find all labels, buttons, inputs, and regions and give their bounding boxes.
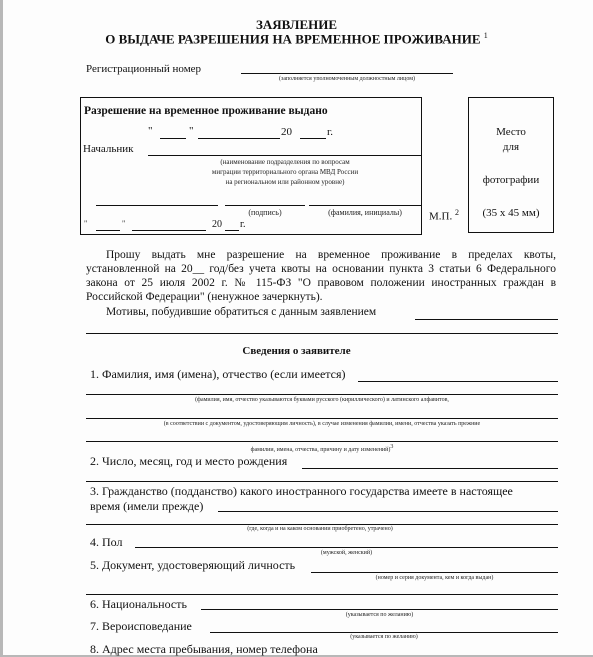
permit-year-prefix: 20 bbox=[281, 126, 292, 138]
footnote-marker: 3 bbox=[390, 444, 393, 450]
photo-size-label: (35 х 45 мм) bbox=[469, 207, 553, 219]
field-label-id-document: 5. Документ, удостоверяющий личность bbox=[90, 558, 295, 573]
full-name-field[interactable] bbox=[309, 205, 421, 206]
date2-year-suffix: г. bbox=[240, 219, 245, 230]
full-name-hint: (в соответствии с документом, удостоверя… bbox=[86, 421, 558, 427]
religion-input[interactable] bbox=[210, 632, 558, 633]
sex-hint: (мужской, женский) bbox=[135, 550, 558, 556]
photo-placeholder-box: Место для фотографии (35 х 45 мм) bbox=[468, 97, 554, 233]
permit-year-suffix: г. bbox=[327, 126, 333, 138]
full-name-hint-text: фамилии, имена, отчества, причину и дату… bbox=[251, 447, 391, 453]
page-left-edge bbox=[0, 0, 3, 657]
permit-day-field[interactable] bbox=[160, 138, 186, 139]
chief-hint-line: миграции территориального органа МВД Рос… bbox=[190, 167, 380, 177]
photo-label-line: фотографии bbox=[469, 174, 553, 186]
stamp-place: М.П. 2 bbox=[429, 208, 459, 223]
field-label-address: 8. Адрес места пребывания, номер телефон… bbox=[90, 642, 318, 657]
registration-hint: (заполняется уполномоченным должностным … bbox=[241, 76, 453, 82]
chief-hint-line: (наименование подразделения по вопросам bbox=[190, 157, 380, 167]
stamp-label: М.П. bbox=[429, 211, 452, 223]
photo-label-line: Место bbox=[469, 126, 553, 138]
full-name-input-line3[interactable] bbox=[86, 418, 558, 419]
signature-field[interactable] bbox=[225, 205, 305, 206]
citizenship-input-line2[interactable] bbox=[86, 524, 558, 525]
document-subtitle: О ВЫДАЧЕ РАЗРЕШЕНИЯ НА ВРЕМЕННОЕ ПРОЖИВА… bbox=[0, 31, 593, 47]
permit-heading: Разрешение на временное проживание выдан… bbox=[84, 105, 328, 117]
sex-input[interactable] bbox=[135, 547, 558, 548]
registration-number-field[interactable] bbox=[241, 73, 453, 74]
field-label-nationality: 6. Национальность bbox=[90, 597, 187, 612]
photo-label-line: для bbox=[469, 141, 553, 153]
request-paragraph: Прошу выдать мне разрешение на временное… bbox=[86, 248, 556, 304]
date2-year-prefix: 20 bbox=[212, 219, 222, 230]
chief-hint: (наименование подразделения по вопросам … bbox=[190, 157, 380, 187]
full-name-input[interactable] bbox=[358, 381, 558, 382]
date2-day-field[interactable] bbox=[96, 230, 120, 231]
permit-year-field[interactable] bbox=[300, 138, 326, 139]
religion-hint: (указывается по желанию) bbox=[210, 634, 558, 640]
registration-label: Регистрационный номер bbox=[86, 63, 201, 75]
document-subtitle-text: О ВЫДАЧЕ РАЗРЕШЕНИЯ НА ВРЕМЕННОЕ ПРОЖИВА… bbox=[105, 31, 480, 46]
date-close-quote: " bbox=[189, 125, 194, 137]
chief-label: Начальник bbox=[83, 143, 134, 155]
chief-department-field[interactable] bbox=[148, 155, 421, 156]
footnote-marker: 1 bbox=[484, 31, 488, 40]
full-name-input-line2[interactable] bbox=[86, 394, 558, 395]
position-field[interactable] bbox=[96, 205, 218, 206]
request-text: Прошу выдать мне разрешение на временное… bbox=[86, 249, 556, 303]
citizenship-hint: (где, когда и на каком основании приобре… bbox=[220, 526, 420, 532]
stamp-footnote: 2 bbox=[455, 208, 459, 217]
id-document-hint: (номер и серия документа, кем и когда вы… bbox=[311, 575, 558, 581]
birth-input-line2[interactable] bbox=[86, 481, 558, 482]
field-label-full-name: 1. Фамилия, имя (имена), отчество (если … bbox=[90, 367, 346, 382]
field-label-citizenship-cont: время (имели прежде) bbox=[90, 499, 203, 514]
nationality-hint: (указывается по желанию) bbox=[201, 612, 558, 618]
id-document-input-line2[interactable] bbox=[86, 594, 558, 595]
motives-label: Мотивы, побудившие обратиться с данным з… bbox=[106, 306, 376, 318]
date2-year-field[interactable] bbox=[225, 230, 239, 231]
full-name-hint: фамилии, имена, отчества, причину и дату… bbox=[86, 444, 558, 453]
field-label-citizenship: 3. Гражданство (подданство) какого иност… bbox=[90, 484, 513, 499]
date2-month-field[interactable] bbox=[132, 230, 206, 231]
date2-open-quote: " bbox=[84, 219, 87, 228]
motives-field-continued[interactable] bbox=[86, 333, 558, 334]
field-label-religion: 7. Вероисповедание bbox=[90, 619, 192, 634]
nationality-input[interactable] bbox=[201, 609, 558, 610]
chief-hint-line: на региональном или районном уровне) bbox=[190, 177, 380, 187]
date-open-quote: " bbox=[148, 125, 153, 137]
motives-field[interactable] bbox=[415, 319, 558, 320]
signature-hint: (подпись) bbox=[225, 208, 305, 217]
field-label-birth: 2. Число, месяц, год и место рождения bbox=[90, 454, 287, 469]
id-document-input[interactable] bbox=[311, 572, 558, 573]
name-hint: (фамилия, инициалы) bbox=[309, 208, 421, 217]
birth-input[interactable] bbox=[302, 468, 558, 469]
field-label-sex: 4. Пол bbox=[90, 535, 123, 550]
citizenship-input[interactable] bbox=[218, 511, 558, 512]
full-name-hint: (фамилия, имя, отчество указываются букв… bbox=[86, 397, 558, 403]
date2-close-quote: " bbox=[122, 219, 125, 228]
full-name-input-line4[interactable] bbox=[86, 441, 558, 442]
applicant-section-title: Сведения о заявителе bbox=[0, 345, 593, 357]
permit-month-field[interactable] bbox=[198, 138, 280, 139]
